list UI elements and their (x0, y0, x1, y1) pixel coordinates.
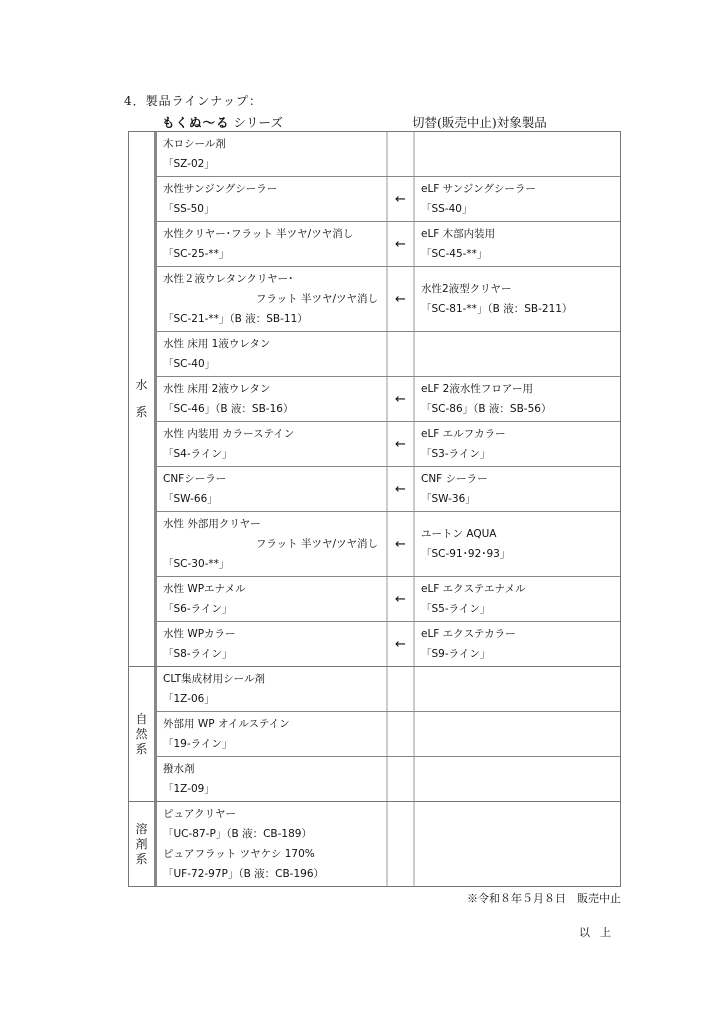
replace-arrow-cell: ← (388, 177, 415, 221)
product-line: 水性２液ウレタンクリヤー･ (163, 269, 386, 289)
left-arrow-icon: ← (395, 592, 406, 607)
category-char: 然 (135, 727, 147, 742)
product-line: 水性サンジングシーラー (163, 179, 386, 199)
discontinued-line: 「SC-81-**」（B 液：SB-211） (421, 299, 620, 319)
replace-arrow-cell (388, 332, 415, 376)
product-cell: CNFシーラー「SW-66」 (157, 467, 388, 511)
section-heading: 4．製品ラインナップ： (124, 92, 262, 109)
table-row: 外部用 WP オイルステイン「19-ライン」 (157, 711, 620, 756)
category-group: 自然系CLT集成材用シール剤「1Z-06」外部用 WP オイルステイン「19-ラ… (129, 666, 620, 801)
replace-arrow-cell (388, 757, 415, 801)
category-char: 系 (135, 742, 147, 757)
product-line: 「SC-21-**」（B 液：SB-11） (163, 309, 386, 329)
left-arrow-icon: ← (395, 482, 406, 497)
left-arrow-icon: ← (395, 437, 406, 452)
left-arrow-icon: ← (395, 537, 406, 552)
discontinued-product-cell: eLF エクステエナメル「S5-ライン」 (415, 577, 620, 621)
product-cell: 水性２液ウレタンクリヤー･フラット 半ツヤ/ツヤ消し「SC-21-**」（B 液… (157, 267, 388, 331)
replace-arrow-cell: ← (388, 577, 415, 621)
product-line: 「19-ライン」 (163, 734, 386, 754)
product-line: 水性 内装用 カラーステイン (163, 424, 386, 444)
left-arrow-icon: ← (395, 392, 406, 407)
discontinued-product-cell: CNF シーラー「SW-36」 (415, 467, 620, 511)
product-line: 水性クリヤー･フラット 半ツヤ/ツヤ消し (163, 224, 386, 244)
table-row: CLT集成材用シール剤「1Z-06」 (157, 667, 620, 711)
left-arrow-icon: ← (395, 637, 406, 652)
product-line: 水性 外部用クリヤー (163, 514, 386, 534)
product-line: 「1Z-09」 (163, 779, 386, 799)
group-rows: CLT集成材用シール剤「1Z-06」外部用 WP オイルステイン「19-ライン」… (157, 667, 620, 801)
product-line: 「SC-40」 (163, 354, 386, 374)
product-line: 水性 床用 1液ウレタン (163, 334, 386, 354)
product-line: CNFシーラー (163, 469, 386, 489)
product-line: 「SZ-02」 (163, 154, 386, 174)
category-char: 剤 (135, 837, 147, 852)
discontinued-product-cell: eLF エクステカラー「S9-ライン」 (415, 622, 620, 666)
product-cell: 水性 WPカラー「S8-ライン」 (157, 622, 388, 666)
replace-arrow-cell (388, 667, 415, 711)
product-line: 「S6-ライン」 (163, 599, 386, 619)
discontinued-product-cell: eLF 2液水性フロアー用「SC-86」（B 液：SB-56） (415, 377, 620, 421)
product-cell: 水性 内装用 カラーステイン「S4-ライン」 (157, 422, 388, 466)
product-line: 「1Z-06」 (163, 689, 386, 709)
replace-arrow-cell: ← (388, 422, 415, 466)
table-row: 水性 内装用 カラーステイン「S4-ライン」←eLF エルフカラー「S3-ライン… (157, 421, 620, 466)
left-arrow-icon: ← (395, 292, 406, 307)
discontinued-product-cell (415, 667, 620, 711)
product-line: 「SC-46」（B 液：SB-16） (163, 399, 386, 419)
discontinued-line: 「S9-ライン」 (421, 644, 620, 664)
product-line: 「UF-72-97P」（B 液：CB-196） (163, 864, 386, 884)
discontinued-line: 「SC-86」（B 液：SB-56） (421, 399, 620, 419)
product-line: 外部用 WP オイルステイン (163, 714, 386, 734)
table-row: 水性サンジングシーラー「SS-50」←eLF サンジングシーラー「SS-40」 (157, 176, 620, 221)
group-rows: 木ロシール剤「SZ-02」水性サンジングシーラー「SS-50」←eLF サンジン… (157, 132, 620, 666)
series-name: もくぬ～る (162, 115, 230, 130)
product-cell: 水性 WPエナメル「S6-ライン」 (157, 577, 388, 621)
table-row: 水性 外部用クリヤーフラット 半ツヤ/ツヤ消し「SC-30-**」←ユートン A… (157, 511, 620, 576)
discontinued-product-cell (415, 802, 620, 886)
product-lineup-table: 水系木ロシール剤「SZ-02」水性サンジングシーラー「SS-50」←eLF サン… (128, 131, 621, 887)
product-line: 「UC-87-P」（B 液：CB-189） (163, 824, 386, 844)
series-suffix: シリーズ (230, 115, 283, 130)
table-row: 水性 WPエナメル「S6-ライン」←eLF エクステエナメル「S5-ライン」 (157, 576, 620, 621)
discontinued-product-cell (415, 332, 620, 376)
product-line: ピュアクリヤー (163, 804, 386, 824)
product-cell: 木ロシール剤「SZ-02」 (157, 132, 388, 176)
replace-arrow-cell: ← (388, 622, 415, 666)
replace-arrow-cell: ← (388, 267, 415, 331)
product-cell: 水性 床用 2液ウレタン「SC-46」（B 液：SB-16） (157, 377, 388, 421)
product-cell: 水性 床用 1液ウレタン「SC-40」 (157, 332, 388, 376)
table-row: 水性 WPカラー「S8-ライン」←eLF エクステカラー「S9-ライン」 (157, 621, 620, 666)
replace-arrow-cell: ← (388, 222, 415, 266)
discontinued-line: CNF シーラー (421, 469, 620, 489)
discontinued-line: eLF 木部内装用 (421, 224, 620, 244)
table-row: 撥水剤「1Z-09」 (157, 756, 620, 801)
product-line: 「SC-25-**」 (163, 244, 386, 264)
category-char: 自 (135, 712, 147, 727)
replace-arrow-cell: ← (388, 467, 415, 511)
product-line: 木ロシール剤 (163, 134, 386, 154)
left-arrow-icon: ← (395, 237, 406, 252)
category-char: 溶 (135, 822, 147, 837)
table-row: 水性クリヤー･フラット 半ツヤ/ツヤ消し「SC-25-**」←eLF 木部内装用… (157, 221, 620, 266)
target-products-title: 切替(販売中止)対象製品 (412, 113, 547, 131)
discontinued-line: 「SS-40」 (421, 199, 620, 219)
discontinued-line: eLF サンジングシーラー (421, 179, 620, 199)
discontinued-product-cell: ユートン AQUA「SC-91･92･93」 (415, 512, 620, 576)
replace-arrow-cell (388, 132, 415, 176)
category-group: 水系木ロシール剤「SZ-02」水性サンジングシーラー「SS-50」←eLF サン… (129, 132, 620, 666)
table-row: 水性 床用 2液ウレタン「SC-46」（B 液：SB-16）←eLF 2液水性フ… (157, 376, 620, 421)
discontinued-product-cell: eLF エルフカラー「S3-ライン」 (415, 422, 620, 466)
product-line: 「S4-ライン」 (163, 444, 386, 464)
group-rows: ピュアクリヤー「UC-87-P」（B 液：CB-189）ピュアフラット ツヤケシ… (157, 802, 620, 886)
discontinued-line: eLF エクステカラー (421, 624, 620, 644)
category-label: 自然系 (129, 667, 157, 801)
discontinuation-note: ※令和８年５月８日 販売中止 (467, 890, 621, 906)
discontinued-line: eLF エルフカラー (421, 424, 620, 444)
product-cell: 水性 外部用クリヤーフラット 半ツヤ/ツヤ消し「SC-30-**」 (157, 512, 388, 576)
discontinued-line: 「S3-ライン」 (421, 444, 620, 464)
category-char: 系 (135, 852, 147, 867)
product-line: 撥水剤 (163, 759, 386, 779)
product-line: 水性 WPエナメル (163, 579, 386, 599)
replace-arrow-cell (388, 802, 415, 886)
product-cell: CLT集成材用シール剤「1Z-06」 (157, 667, 388, 711)
table-row: 水性２液ウレタンクリヤー･フラット 半ツヤ/ツヤ消し「SC-21-**」（B 液… (157, 266, 620, 331)
discontinued-line: ユートン AQUA (421, 524, 620, 544)
discontinued-product-cell: eLF サンジングシーラー「SS-40」 (415, 177, 620, 221)
table-row: 水性 床用 1液ウレタン「SC-40」 (157, 331, 620, 376)
category-group: 溶剤系ピュアクリヤー「UC-87-P」（B 液：CB-189）ピュアフラット ツ… (129, 801, 620, 886)
product-cell: 水性クリヤー･フラット 半ツヤ/ツヤ消し「SC-25-**」 (157, 222, 388, 266)
category-char: 系 (135, 405, 147, 420)
product-line: 「SC-30-**」 (163, 554, 386, 574)
category-char: 水 (135, 378, 147, 393)
discontinued-line: eLF 2液水性フロアー用 (421, 379, 620, 399)
category-label: 溶剤系 (129, 802, 157, 886)
discontinued-product-cell: eLF 木部内装用「SC-45-**」 (415, 222, 620, 266)
series-title: もくぬ～る シリーズ (162, 113, 283, 131)
product-line: 水性 床用 2液ウレタン (163, 379, 386, 399)
category-label: 水系 (129, 132, 157, 666)
replace-arrow-cell: ← (388, 512, 415, 576)
replace-arrow-cell: ← (388, 377, 415, 421)
table-row: CNFシーラー「SW-66」←CNF シーラー「SW-36」 (157, 466, 620, 511)
product-line: 「S8-ライン」 (163, 644, 386, 664)
end-mark: 以上 (579, 924, 621, 940)
discontinued-line: 「SC-45-**」 (421, 244, 620, 264)
product-line: 「SW-66」 (163, 489, 386, 509)
discontinued-line: 「S5-ライン」 (421, 599, 620, 619)
product-cell: 撥水剤「1Z-09」 (157, 757, 388, 801)
discontinued-product-cell (415, 132, 620, 176)
product-line: フラット 半ツヤ/ツヤ消し (163, 289, 386, 309)
left-arrow-icon: ← (395, 192, 406, 207)
table-row: ピュアクリヤー「UC-87-P」（B 液：CB-189）ピュアフラット ツヤケシ… (157, 802, 620, 886)
discontinued-product-cell (415, 757, 620, 801)
product-line: CLT集成材用シール剤 (163, 669, 386, 689)
discontinued-line: 「SW-36」 (421, 489, 620, 509)
product-line: フラット 半ツヤ/ツヤ消し (163, 534, 386, 554)
product-cell: ピュアクリヤー「UC-87-P」（B 液：CB-189）ピュアフラット ツヤケシ… (157, 802, 388, 886)
discontinued-product-cell (415, 712, 620, 756)
product-cell: 水性サンジングシーラー「SS-50」 (157, 177, 388, 221)
discontinued-product-cell: 水性2液型クリヤー「SC-81-**」（B 液：SB-211） (415, 267, 620, 331)
product-cell: 外部用 WP オイルステイン「19-ライン」 (157, 712, 388, 756)
product-line: 「SS-50」 (163, 199, 386, 219)
discontinued-line: eLF エクステエナメル (421, 579, 620, 599)
product-line: 水性 WPカラー (163, 624, 386, 644)
discontinued-line: 「SC-91･92･93」 (421, 544, 620, 564)
discontinued-line: 水性2液型クリヤー (421, 279, 620, 299)
table-row: 木ロシール剤「SZ-02」 (157, 132, 620, 176)
replace-arrow-cell (388, 712, 415, 756)
product-line: ピュアフラット ツヤケシ 170% (163, 844, 386, 864)
